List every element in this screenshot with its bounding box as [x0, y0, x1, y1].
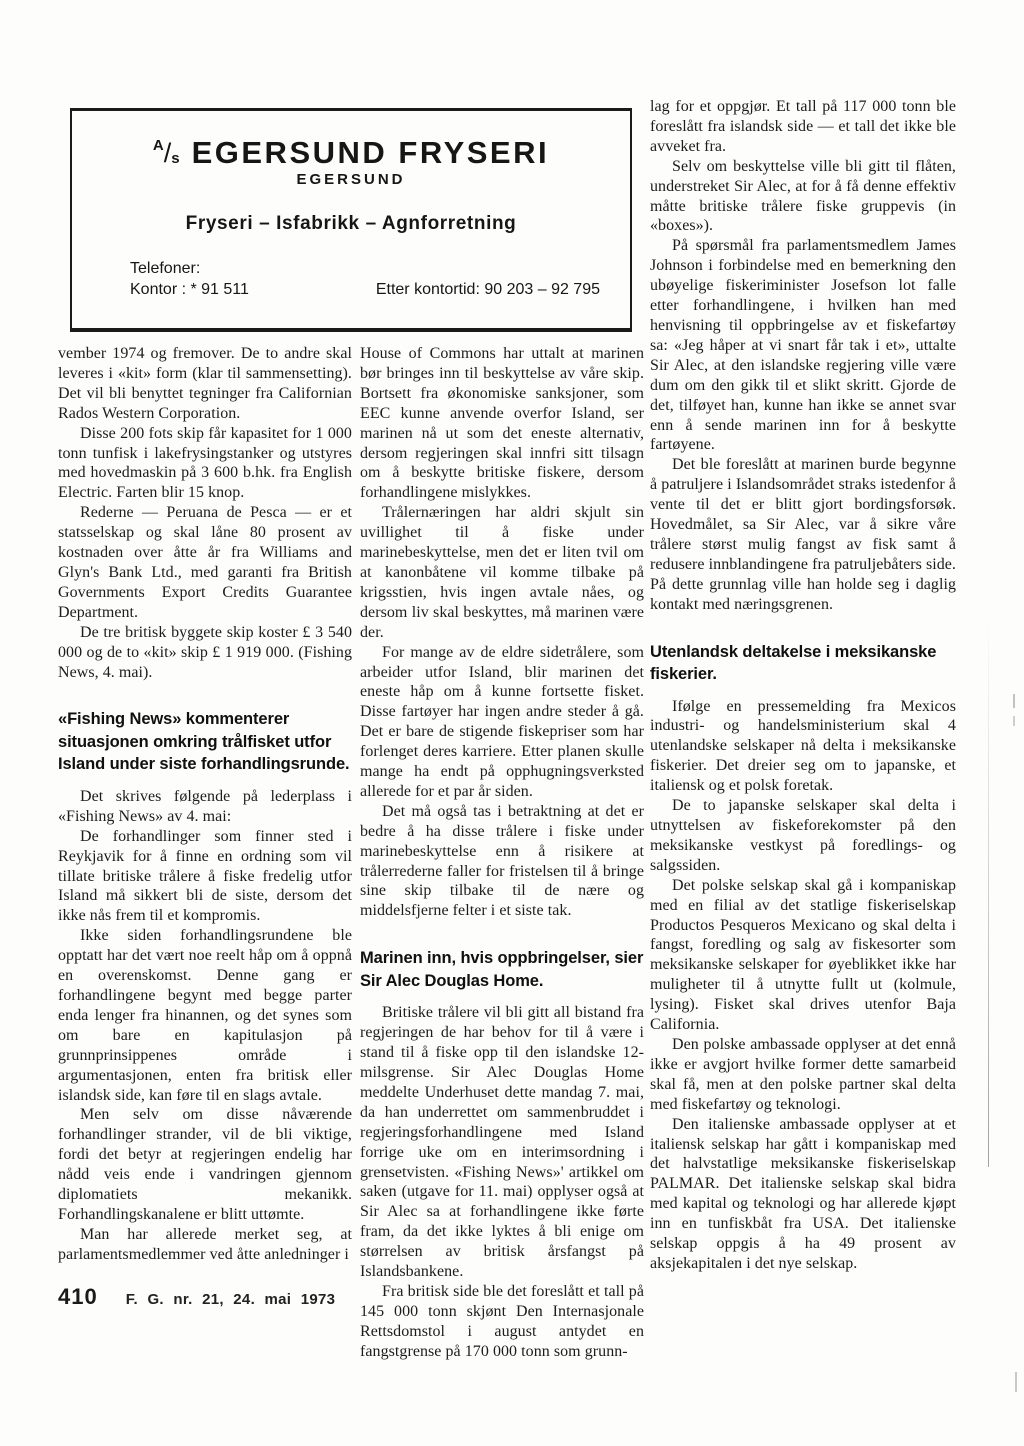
paragraph: Den polske ambassade opplyser at det enn…	[650, 1035, 956, 1115]
paragraph: Man har allerede merket seg, at parlamen…	[58, 1225, 352, 1265]
page-footer: 410 F. G. nr. 21, 24. mai 1973	[58, 1284, 335, 1310]
page-number: 410	[58, 1284, 98, 1310]
company-name-text: EGERSUND FRYSERI	[192, 135, 550, 170]
scan-artifact	[1013, 694, 1015, 708]
text-column-2: House of Commons har uttalt at marinen b…	[360, 344, 644, 1362]
issue-info: F. G. nr. 21, 24. mai 1973	[126, 1291, 336, 1308]
paragraph: For mange av de eldre sidetrålere, som a…	[360, 643, 644, 802]
paragraph: House of Commons har uttalt at marinen b…	[360, 344, 644, 503]
paragraph: Men selv om disse nåværende forhandlinge…	[58, 1105, 352, 1224]
article-heading-marinen-inn: Marinen inn, hvis oppbringelser, sier Si…	[360, 947, 644, 992]
ad-office-phone: Kontor : * 91 511	[130, 281, 249, 299]
ad-phone-block: Telefoner: Kontor : * 91 511 Etter konto…	[72, 260, 630, 299]
paragraph: Rederne — Peruana de Pesca — er et stats…	[58, 503, 352, 622]
magazine-page: A/sEGERSUND FRYSERI EGERSUND Fryseri – I…	[0, 0, 1024, 1446]
paragraph: Ifølge en pressemelding fra Mexicos indu…	[650, 697, 956, 797]
article-heading-fishing-news: «Fishing News» kommenterer situasjonen o…	[58, 708, 352, 776]
paragraph: Det polske selskap skal gå i kompaniskap…	[650, 876, 956, 1035]
paragraph: Det skrives følgende på lederplass i «Fi…	[58, 787, 352, 827]
scan-artifact	[1015, 1372, 1017, 1392]
paragraph: De tre britisk byggete skip koster £ 3 5…	[58, 623, 352, 683]
text-column-1: vember 1974 og fremover. De to andre ska…	[58, 344, 352, 1265]
paragraph: Britiske trålere vil bli gitt all bistan…	[360, 1003, 644, 1282]
paragraph: Ikke siden forhandlingsrundene ble oppta…	[58, 926, 352, 1105]
paragraph: lag for et oppgjør. Et tall på 117 000 t…	[650, 97, 956, 157]
egersund-fryseri-ad: A/sEGERSUND FRYSERI EGERSUND Fryseri – I…	[70, 108, 632, 332]
scan-artifact	[1013, 716, 1015, 726]
paragraph: Den italienske ambassade opplyser at et …	[650, 1115, 956, 1274]
paragraph: På spørsmål fra parlamentsmedlem James J…	[650, 236, 956, 455]
ad-phones-label: Telefoner:	[130, 260, 600, 278]
paragraph: Trålernæringen har aldri skjult sin uvil…	[360, 503, 644, 642]
paragraph: De forhandlinger som finner sted i Reykj…	[58, 827, 352, 927]
company-prefix-as: A/s	[153, 135, 180, 170]
paragraph: Det må også tas i betraktning at det er …	[360, 802, 644, 921]
paragraph: De to japanske selskaper skal delta i ut…	[650, 796, 956, 876]
paragraph: Disse 200 fots skip får kapasitet for 1 …	[58, 424, 352, 504]
ad-company-name: A/sEGERSUND FRYSERI	[72, 137, 630, 168]
article-heading-utenlandsk-deltakelse: Utenlandsk deltakelse i meksikanske fisk…	[650, 641, 956, 686]
text-column-3: lag for et oppgjør. Et tall på 117 000 t…	[650, 97, 956, 1274]
ad-city: EGERSUND	[72, 171, 630, 188]
paragraph: Fra britisk side ble det foreslått et ta…	[360, 1282, 644, 1362]
ad-services-line: Fryseri – Isfabrikk – Agnforretning	[72, 213, 630, 235]
paragraph: Det ble foreslått at marinen burde begyn…	[650, 455, 956, 614]
scan-artifact	[988, 615, 989, 1167]
paragraph: Selv om beskyttelse ville bli gitt til f…	[650, 157, 956, 237]
ad-after-hours-phone: Etter kontortid: 90 203 – 92 795	[376, 281, 600, 299]
paragraph: vember 1974 og fremover. De to andre ska…	[58, 344, 352, 424]
